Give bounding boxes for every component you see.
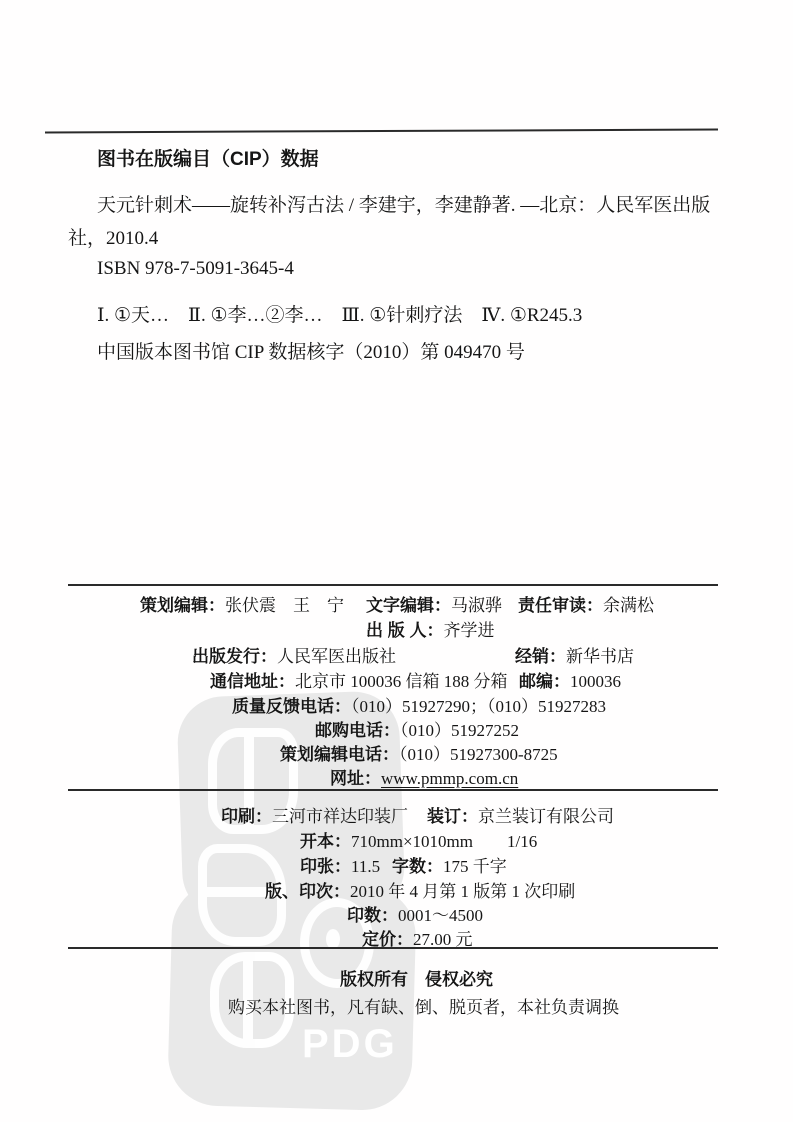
edition-printing-label: 版、印次： — [265, 882, 350, 901]
text-editor-value: 马淑骅 — [451, 596, 502, 615]
publisher-distributor: 出版发行：人民军医出版社 — [192, 647, 396, 667]
mailing-address-label: 通信地址： — [210, 672, 295, 691]
website: 网址：www.pmmp.com.cn — [330, 769, 518, 789]
responsible-reviewer-value: 余满松 — [603, 596, 654, 615]
printer-label: 印刷： — [221, 807, 272, 826]
planning-editor-phone: 策划编辑电话：（010）51927300-8725 — [280, 745, 558, 765]
publisher-person: 出 版 人：齐学进 — [366, 621, 494, 641]
printer-value: 三河市祥达印装厂 — [272, 807, 408, 826]
print-run-value: 0001～4500 — [398, 906, 483, 925]
printed-sheets: 印张：11.5 — [300, 857, 380, 877]
binder-label: 装订： — [427, 807, 478, 826]
price-label: 定价： — [362, 930, 413, 949]
cip-classification: Ⅰ. ①天… Ⅱ. ①李…②李… Ⅲ. ①针刺疗法 Ⅳ. ①R245.3 — [97, 305, 582, 328]
sales-agent: 经销：新华书店 — [515, 647, 634, 667]
printed-sheets-value: 11.5 — [351, 857, 380, 876]
word-count: 字数：175 千字 — [392, 857, 507, 877]
book-format: 开本：710mm×1010mm 1/16 — [300, 832, 537, 852]
cip-isbn: ISBN 978-7-5091-3645-4 — [97, 258, 294, 281]
copyright-notice: 版权所有 侵权必究 — [340, 970, 493, 990]
printed-sheets-label: 印张： — [300, 857, 351, 876]
word-count-label: 字数： — [392, 857, 443, 876]
publisher-distributor-label: 出版发行： — [192, 647, 277, 666]
edition-printing: 版、印次：2010 年 4 月第 1 版第 1 次印刷 — [265, 882, 575, 902]
responsible-reviewer: 责任审读：余满松 — [518, 596, 654, 616]
cip-title-line-1: 天元针刺术——旋转补泻古法 / 李建宇，李建静著. —北京：人民军医出版 — [97, 195, 710, 218]
postal-code: 邮编：100036 — [519, 672, 621, 692]
planning-editor-phone-label: 策划编辑电话： — [280, 745, 399, 764]
sales-agent-value: 新华书店 — [566, 647, 634, 666]
cip-heading: 图书在版编目（CIP）数据 — [97, 149, 319, 172]
feedback-phone-value: （010）51927290；（010）51927283 — [351, 697, 606, 716]
publisher-person-value: 齐学进 — [443, 621, 494, 640]
edition-printing-value: 2010 年 4 月第 1 版第 1 次印刷 — [350, 882, 575, 901]
mailing-address: 通信地址：北京市 100036 信箱 188 分箱 — [210, 672, 508, 692]
book-format-label: 开本： — [300, 832, 351, 851]
printer: 印刷：三河市祥达印装厂 — [221, 807, 408, 827]
mail-order-phone: 邮购电话：（010）51927252 — [315, 721, 519, 741]
price-value: 27.00 元 — [413, 930, 473, 949]
postal-code-label: 邮编： — [519, 672, 570, 691]
text-editor-label: 文字编辑： — [366, 596, 451, 615]
planning-editor-value: 张伏震 王 宁 — [225, 596, 344, 615]
feedback-phone-label: 质量反馈电话： — [232, 697, 351, 716]
price: 定价：27.00 元 — [362, 930, 473, 950]
publisher-person-label: 出 版 人： — [366, 621, 443, 640]
website-label: 网址： — [330, 769, 381, 788]
cip-record-number: 中国版本图书馆 CIP 数据核字（2010）第 049470 号 — [97, 342, 525, 365]
responsible-reviewer-label: 责任审读： — [518, 596, 603, 615]
book-format-value: 710mm×1010mm 1/16 — [351, 832, 537, 851]
cip-title-line-2: 社，2010.4 — [68, 228, 158, 251]
mail-order-phone-label: 邮购电话： — [315, 721, 400, 740]
word-count-value: 175 千字 — [443, 857, 507, 876]
postal-code-value: 100036 — [570, 672, 621, 691]
text-editor: 文字编辑：马淑骅 — [366, 596, 502, 616]
print-run-label: 印数： — [347, 906, 398, 925]
sales-agent-label: 经销： — [515, 647, 566, 666]
mailing-address-value: 北京市 100036 信箱 188 分箱 — [295, 672, 508, 691]
book-copyright-page: PDG 图书在版编目（CIP）数据 天元针刺术——旋转补泻古法 / 李建宇，李建… — [0, 0, 793, 1122]
mail-order-phone-value: （010）51927252 — [400, 721, 519, 740]
print-run: 印数：0001～4500 — [347, 906, 483, 926]
feedback-phone: 质量反馈电话：（010）51927290；（010）51927283 — [232, 697, 606, 717]
website-url: www.pmmp.com.cn — [381, 769, 518, 788]
planning-editor-label: 策划编辑： — [140, 596, 225, 615]
binder: 装订：京兰装订有限公司 — [427, 807, 614, 827]
publisher-distributor-value: 人民军医出版社 — [277, 647, 396, 666]
horizontal-rule-2 — [68, 584, 718, 586]
planning-editor: 策划编辑：张伏震 王 宁 — [140, 596, 344, 616]
binder-value: 京兰装订有限公司 — [478, 807, 614, 826]
planning-editor-phone-value: （010）51927300-8725 — [399, 745, 558, 764]
exchange-policy: 购买本社图书，凡有缺、倒、脱页者，本社负责调换 — [228, 998, 619, 1018]
watermark-pdg-text: PDG — [302, 1022, 398, 1067]
